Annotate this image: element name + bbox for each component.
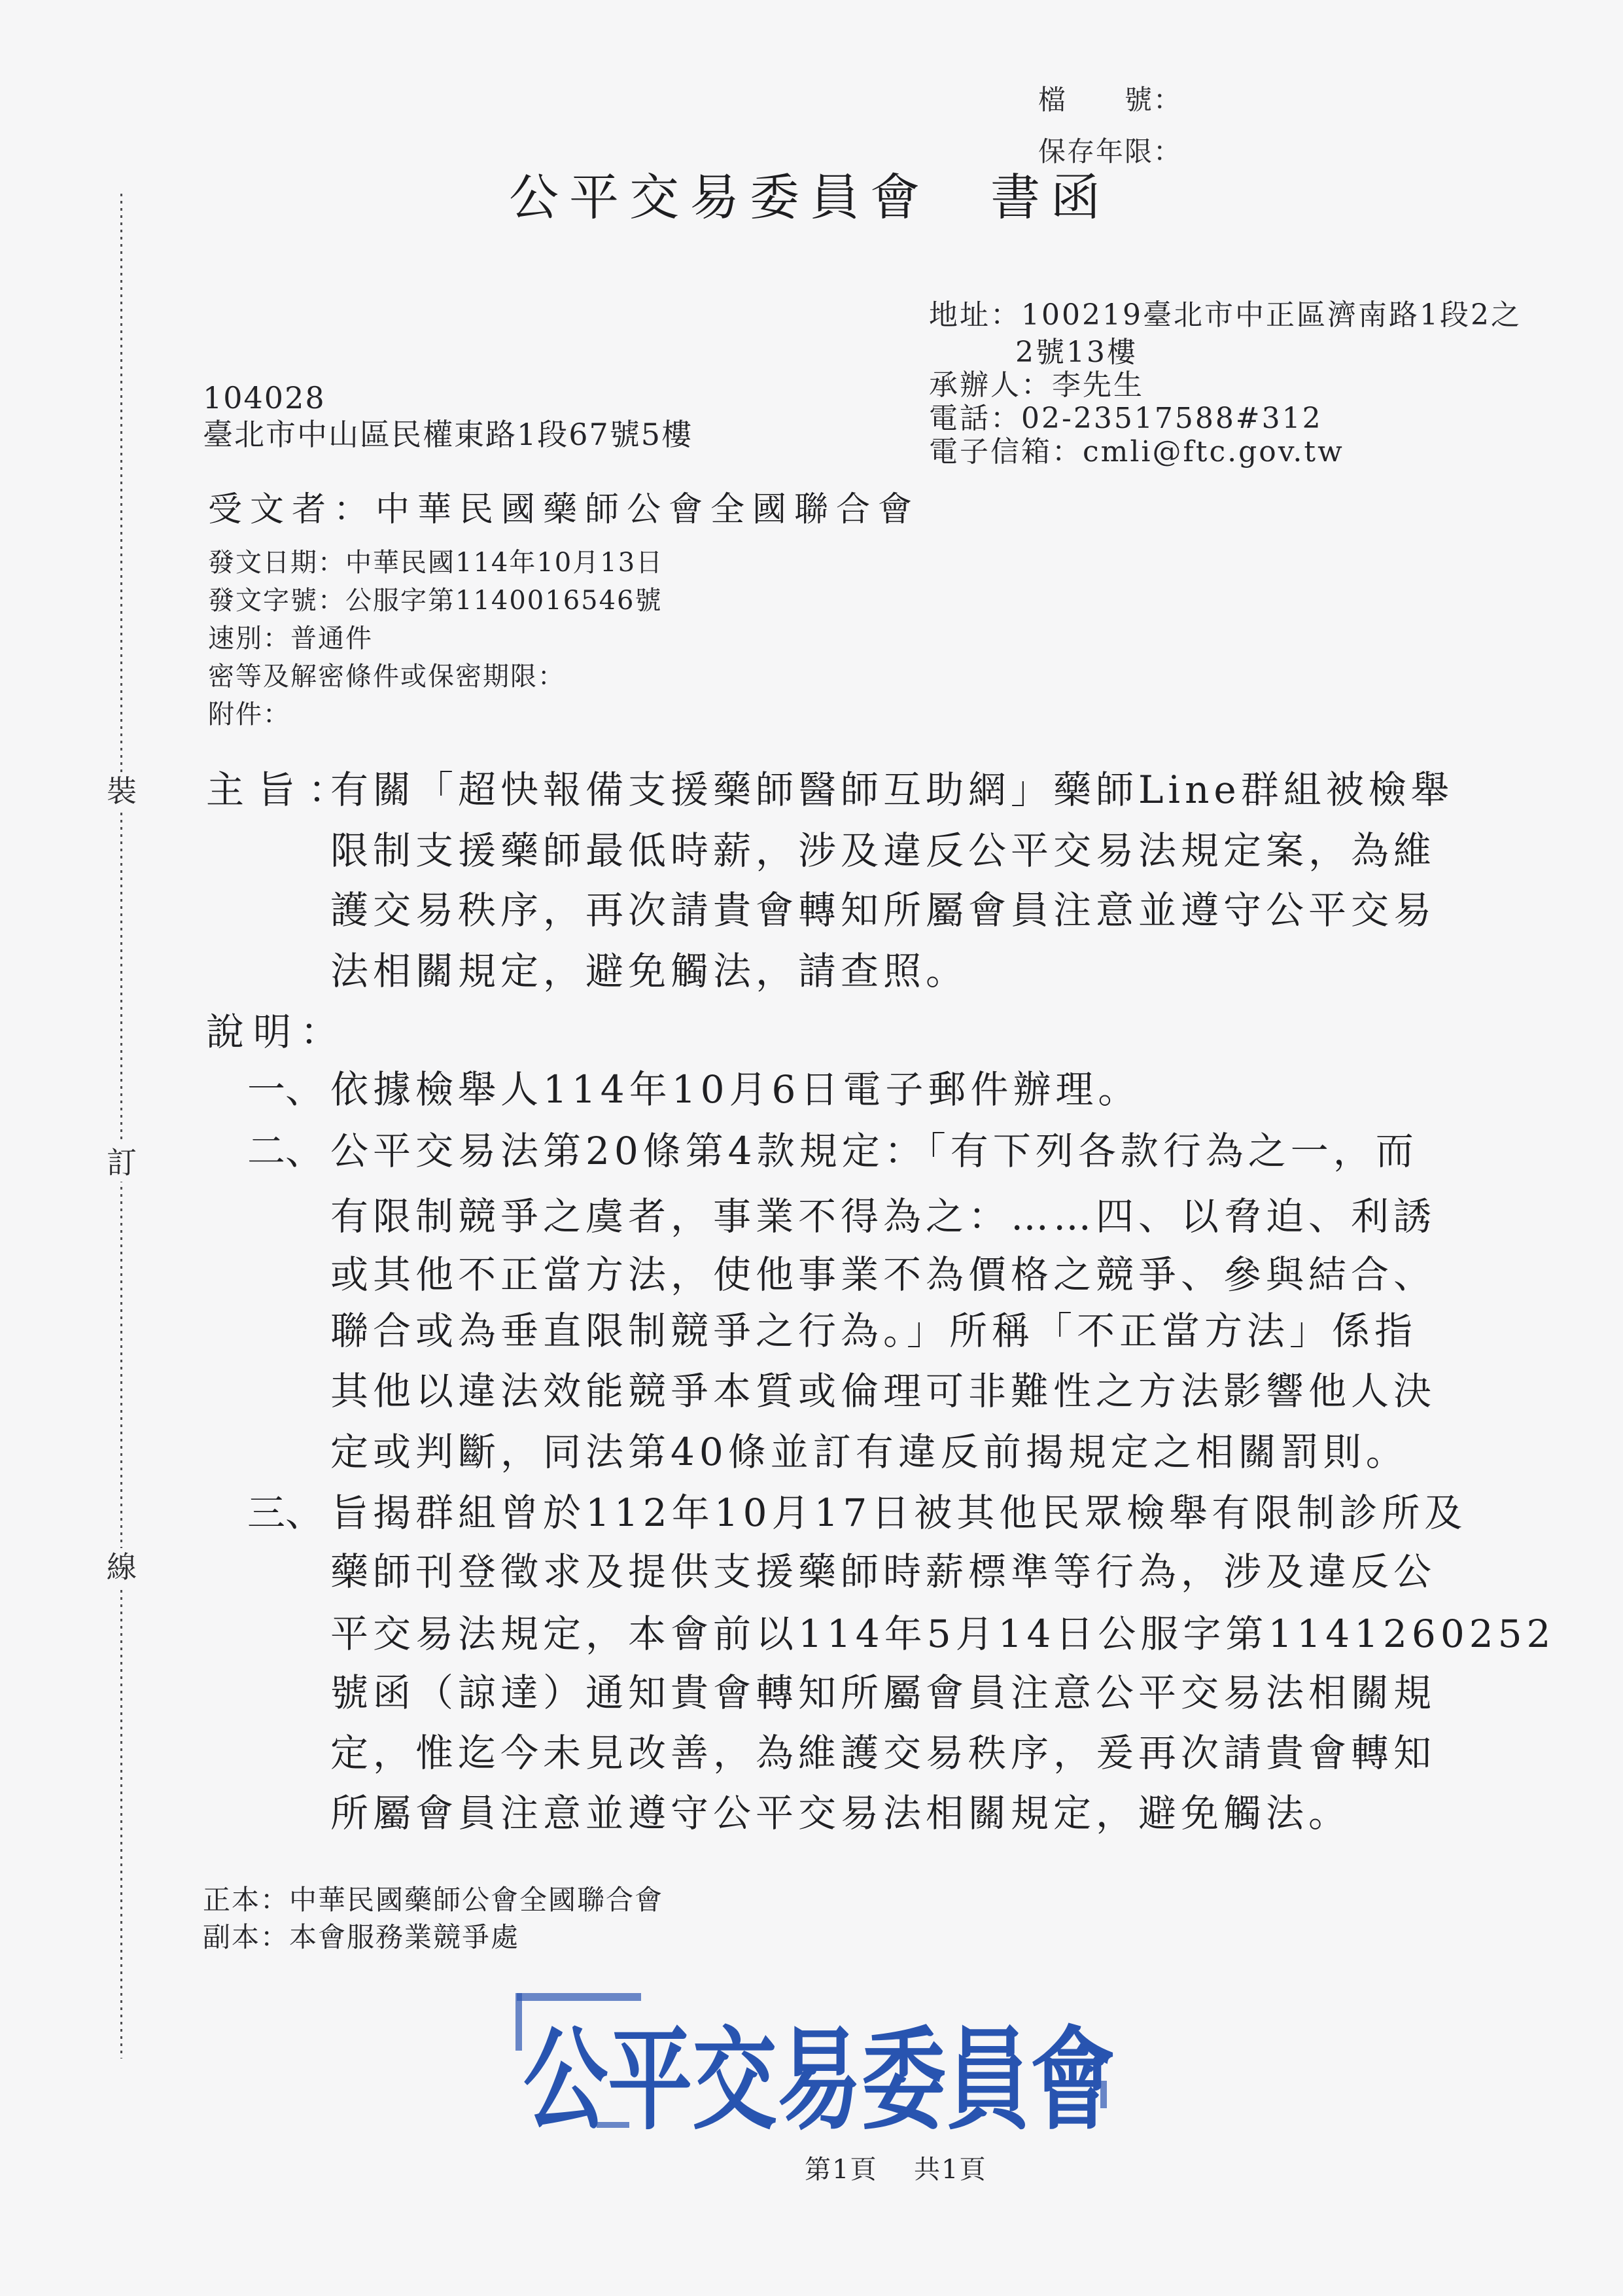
contact-person: 承辦人：李先生 [929, 371, 1144, 400]
stamp-border-mark [1100, 2081, 1107, 2108]
item-one-label: 一、 [247, 1070, 323, 1108]
stamp-border-mark [517, 1993, 641, 2001]
item-two-label: 二、 [247, 1132, 323, 1170]
item-three-line: 旨揭群組曾於112年10月17日被其他民眾檢舉有限制診所及 [330, 1494, 1467, 1532]
sender-address: 臺北市中山區民權東路1段67號5樓 [203, 419, 693, 450]
recipient-line: 受文者：中華民國藥師公會全國聯合會 [208, 493, 920, 527]
copy-cc: 副本：本會服務業競爭處 [203, 1924, 519, 1951]
subject-line: 有關「超快報備支援藥師醫師互助網」藥師Line群組被檢舉 [330, 771, 1454, 809]
sender-code: 104028 [203, 383, 326, 413]
item-three-line: 所屬會員注意並遵守公平交易法相關規定，避免觸法。 [330, 1794, 1351, 1832]
binding-mark-xian: 線 [106, 1548, 137, 1586]
stamp-border-mark [597, 2122, 629, 2128]
item-three-line: 藥師刊登徵求及提供支援藥師時薪標準等行為，涉及違反公 [330, 1553, 1436, 1591]
item-three-line: 定，惟迄今未見改善，為維護交易秩序，爰再次請貴會轉知 [330, 1734, 1436, 1772]
item-two-line: 聯合或為垂直限制競爭之行為。」所稱「不正當方法」係指 [330, 1312, 1417, 1350]
item-two-line: 定或判斷，同法第40條並訂有違反前揭規定之相關罰則。 [330, 1433, 1408, 1471]
binding-dotted-line [120, 194, 122, 2058]
item-two-line: 或其他不正當方法，使他事業不為價格之競爭、參與結合、 [330, 1256, 1436, 1294]
contact-phone: 電話：02-23517588#312 [929, 404, 1323, 433]
subject-line: 限制支援藥師最低時薪，涉及違反公平交易法規定案，為維 [330, 832, 1436, 870]
meta-secrecy: 密等及解密條件或保密期限： [208, 663, 565, 690]
contact-address-line2: 2號13樓 [1015, 338, 1138, 367]
item-two-line: 公平交易法第20條第4款規定：「有下列各款行為之一，而 [330, 1132, 1418, 1170]
contact-address-line1: 地址：100219臺北市中正區濟南路1段2之 [929, 301, 1522, 330]
item-two-line: 有限制競爭之虞者，事業不得為之：……四、以脅迫、利誘 [330, 1197, 1436, 1235]
stamp-border-mark [515, 1993, 522, 2051]
item-three-line: 平交易法規定，本會前以114年5月14日公服字第1141260252 [330, 1615, 1555, 1653]
official-letter-page: 裝 訂 線 檔 號： 保存年限： 公平交易委員會 書函 地址：100219臺北市… [0, 0, 1623, 2296]
meta-doc-number: 發文字號：公服字第1140016546號 [208, 588, 663, 614]
binding-mark-ding: 訂 [106, 1144, 137, 1182]
item-one-line: 依據檢舉人114年10月6日電子郵件辦理。 [330, 1070, 1140, 1108]
item-three-label: 三、 [247, 1494, 323, 1532]
contact-email: 電子信箱：cmli@ftc.gov.tw [929, 438, 1344, 467]
meta-issue-date: 發文日期：中華民國114年10月13日 [208, 550, 663, 576]
retention-label: 保存年限： [1038, 138, 1182, 166]
binding-mark-zhuang: 裝 [106, 772, 137, 810]
item-two-line: 其他以違法效能競爭本質或倫理可非難性之方法影響他人決 [330, 1372, 1436, 1410]
meta-speed: 速別：普通件 [208, 626, 373, 652]
copy-original: 正本：中華民國藥師公會全國聯合會 [203, 1886, 663, 1914]
document-title: 公平交易委員會 書函 [509, 173, 1111, 222]
subject-line: 護交易秩序，再次請貴會轉知所屬會員注意並遵守公平交易 [330, 891, 1436, 929]
meta-attachment: 附件： [208, 701, 290, 728]
explanation-heading: 說明： [206, 1013, 347, 1051]
subject-line: 法相關規定，避免觸法，請查照。 [330, 952, 968, 990]
total-pages: 共1頁 [914, 2157, 986, 2183]
file-number-label: 檔 號： [1038, 86, 1182, 114]
item-three-line: 號函（諒達）通知貴會轉知所屬會員注意公平交易法相關規 [330, 1674, 1436, 1712]
page-number: 第1頁 [805, 2157, 877, 2183]
